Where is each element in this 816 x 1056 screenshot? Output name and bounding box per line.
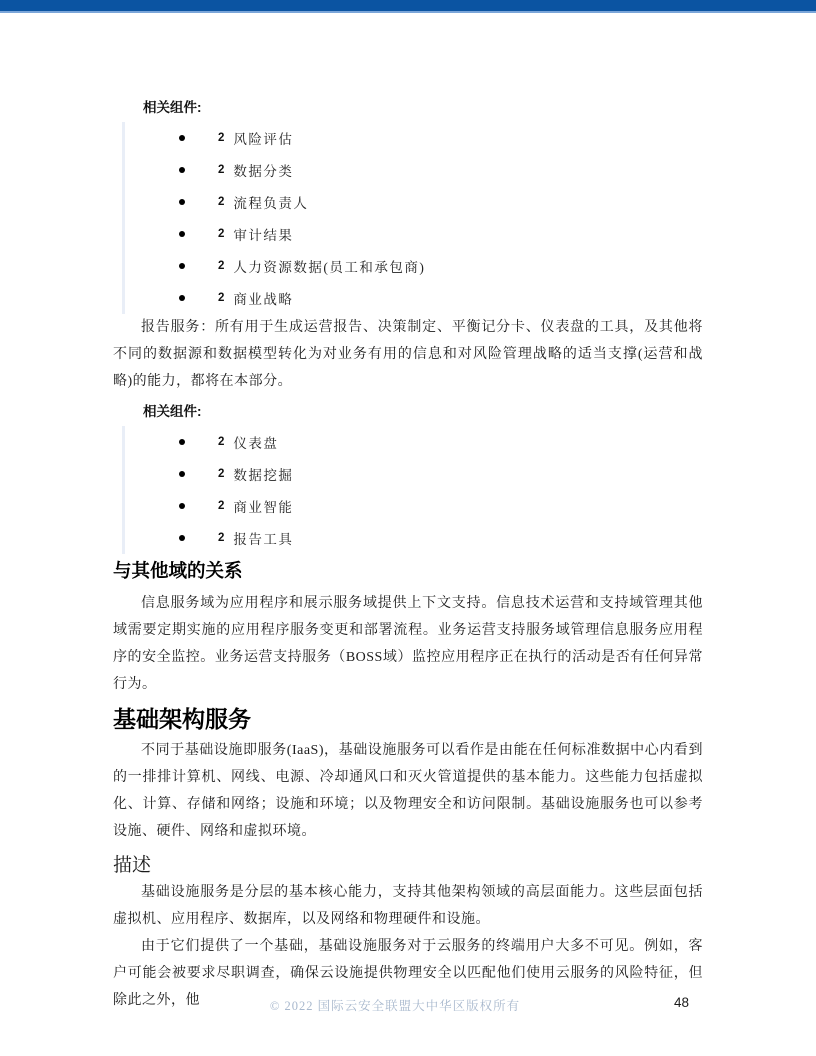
- relations-paragraph: 信息服务域为应用程序和展示服务域提供上下文支持。信息技术运营和支持域管理其他域需…: [113, 590, 703, 698]
- footer-copyright: © 2022 国际云安全联盟大中华区版权所有: [113, 996, 677, 1014]
- page-top-bar: [0, 0, 816, 11]
- bullet-number: 2: [218, 500, 224, 512]
- list-item-label: 审计结果: [233, 224, 293, 244]
- list-item-label: 数据分类: [233, 160, 293, 180]
- list-item: 2 报告工具: [125, 522, 703, 554]
- list-item: 2 风险评估: [125, 122, 703, 154]
- list-item: 2 商业战略: [125, 282, 703, 314]
- list-item: 2 数据挖掘: [125, 458, 703, 490]
- list-item: 2 仪表盘: [125, 426, 703, 458]
- bullet-number: 2: [218, 260, 224, 272]
- bullet-number: 2: [218, 164, 224, 176]
- bullet-icon: [179, 263, 185, 269]
- bullet-number: 2: [218, 132, 224, 144]
- related-components-label-2: 相关组件:: [113, 403, 703, 420]
- relations-heading: 与其他域的关系: [113, 558, 703, 584]
- bullet-number: 2: [218, 196, 224, 208]
- bullet-number: 2: [218, 532, 224, 544]
- list-item-label: 数据挖掘: [233, 464, 293, 484]
- infrastructure-services-heading: 基础架构服务: [113, 704, 703, 735]
- reporting-services-paragraph: 报告服务：所有用于生成运营报告、决策制定、平衡记分卡、仪表盘的工具，及其他将不同…: [113, 314, 703, 395]
- bullet-icon: [179, 135, 185, 141]
- bullet-icon: [179, 503, 185, 509]
- bullet-icon: [179, 439, 185, 445]
- list-item-label: 流程负责人: [233, 192, 308, 212]
- list-item-label: 商业战略: [233, 288, 293, 308]
- list-item: 2 流程负责人: [125, 186, 703, 218]
- bullet-icon: [179, 535, 185, 541]
- list-item-label: 商业智能: [233, 496, 293, 516]
- list-item: 2 人力资源数据(员工和承包商): [125, 250, 703, 282]
- list-item-label: 人力资源数据(员工和承包商): [233, 256, 425, 276]
- infrastructure-paragraph: 不同于基础设施即服务(IaaS)，基础设施服务可以看作是由能在任何标准数据中心内…: [113, 737, 703, 845]
- bullet-list-2: 2 仪表盘 2 数据挖掘 2 商业智能 2 报告工具: [122, 426, 703, 554]
- description-heading: 描述: [113, 853, 703, 879]
- page-number: 48: [674, 995, 689, 1010]
- document-body: 相关组件: 2 风险评估 2 数据分类 2 流程负责人 2 审计结果 2 人力资…: [113, 13, 703, 1014]
- bullet-icon: [179, 167, 185, 173]
- bullet-number: 2: [218, 436, 224, 448]
- bullet-number: 2: [218, 468, 224, 480]
- description-paragraph-1: 基础设施服务是分层的基本核心能力，支持其他架构领域的高层面能力。这些层面包括虚拟…: [113, 879, 703, 933]
- bullet-number: 2: [218, 292, 224, 304]
- bullet-icon: [179, 199, 185, 205]
- bullet-icon: [179, 471, 185, 477]
- list-item-label: 仪表盘: [233, 432, 278, 452]
- bullet-icon: [179, 231, 185, 237]
- bullet-list-1: 2 风险评估 2 数据分类 2 流程负责人 2 审计结果 2 人力资源数据(员工…: [122, 122, 703, 314]
- list-item: 2 商业智能: [125, 490, 703, 522]
- bullet-icon: [179, 295, 185, 301]
- list-item: 2 数据分类: [125, 154, 703, 186]
- related-components-label-1: 相关组件:: [113, 99, 703, 116]
- list-item-label: 风险评估: [233, 128, 293, 148]
- list-item: 2 审计结果: [125, 218, 703, 250]
- list-item-label: 报告工具: [233, 528, 293, 548]
- bullet-number: 2: [218, 228, 224, 240]
